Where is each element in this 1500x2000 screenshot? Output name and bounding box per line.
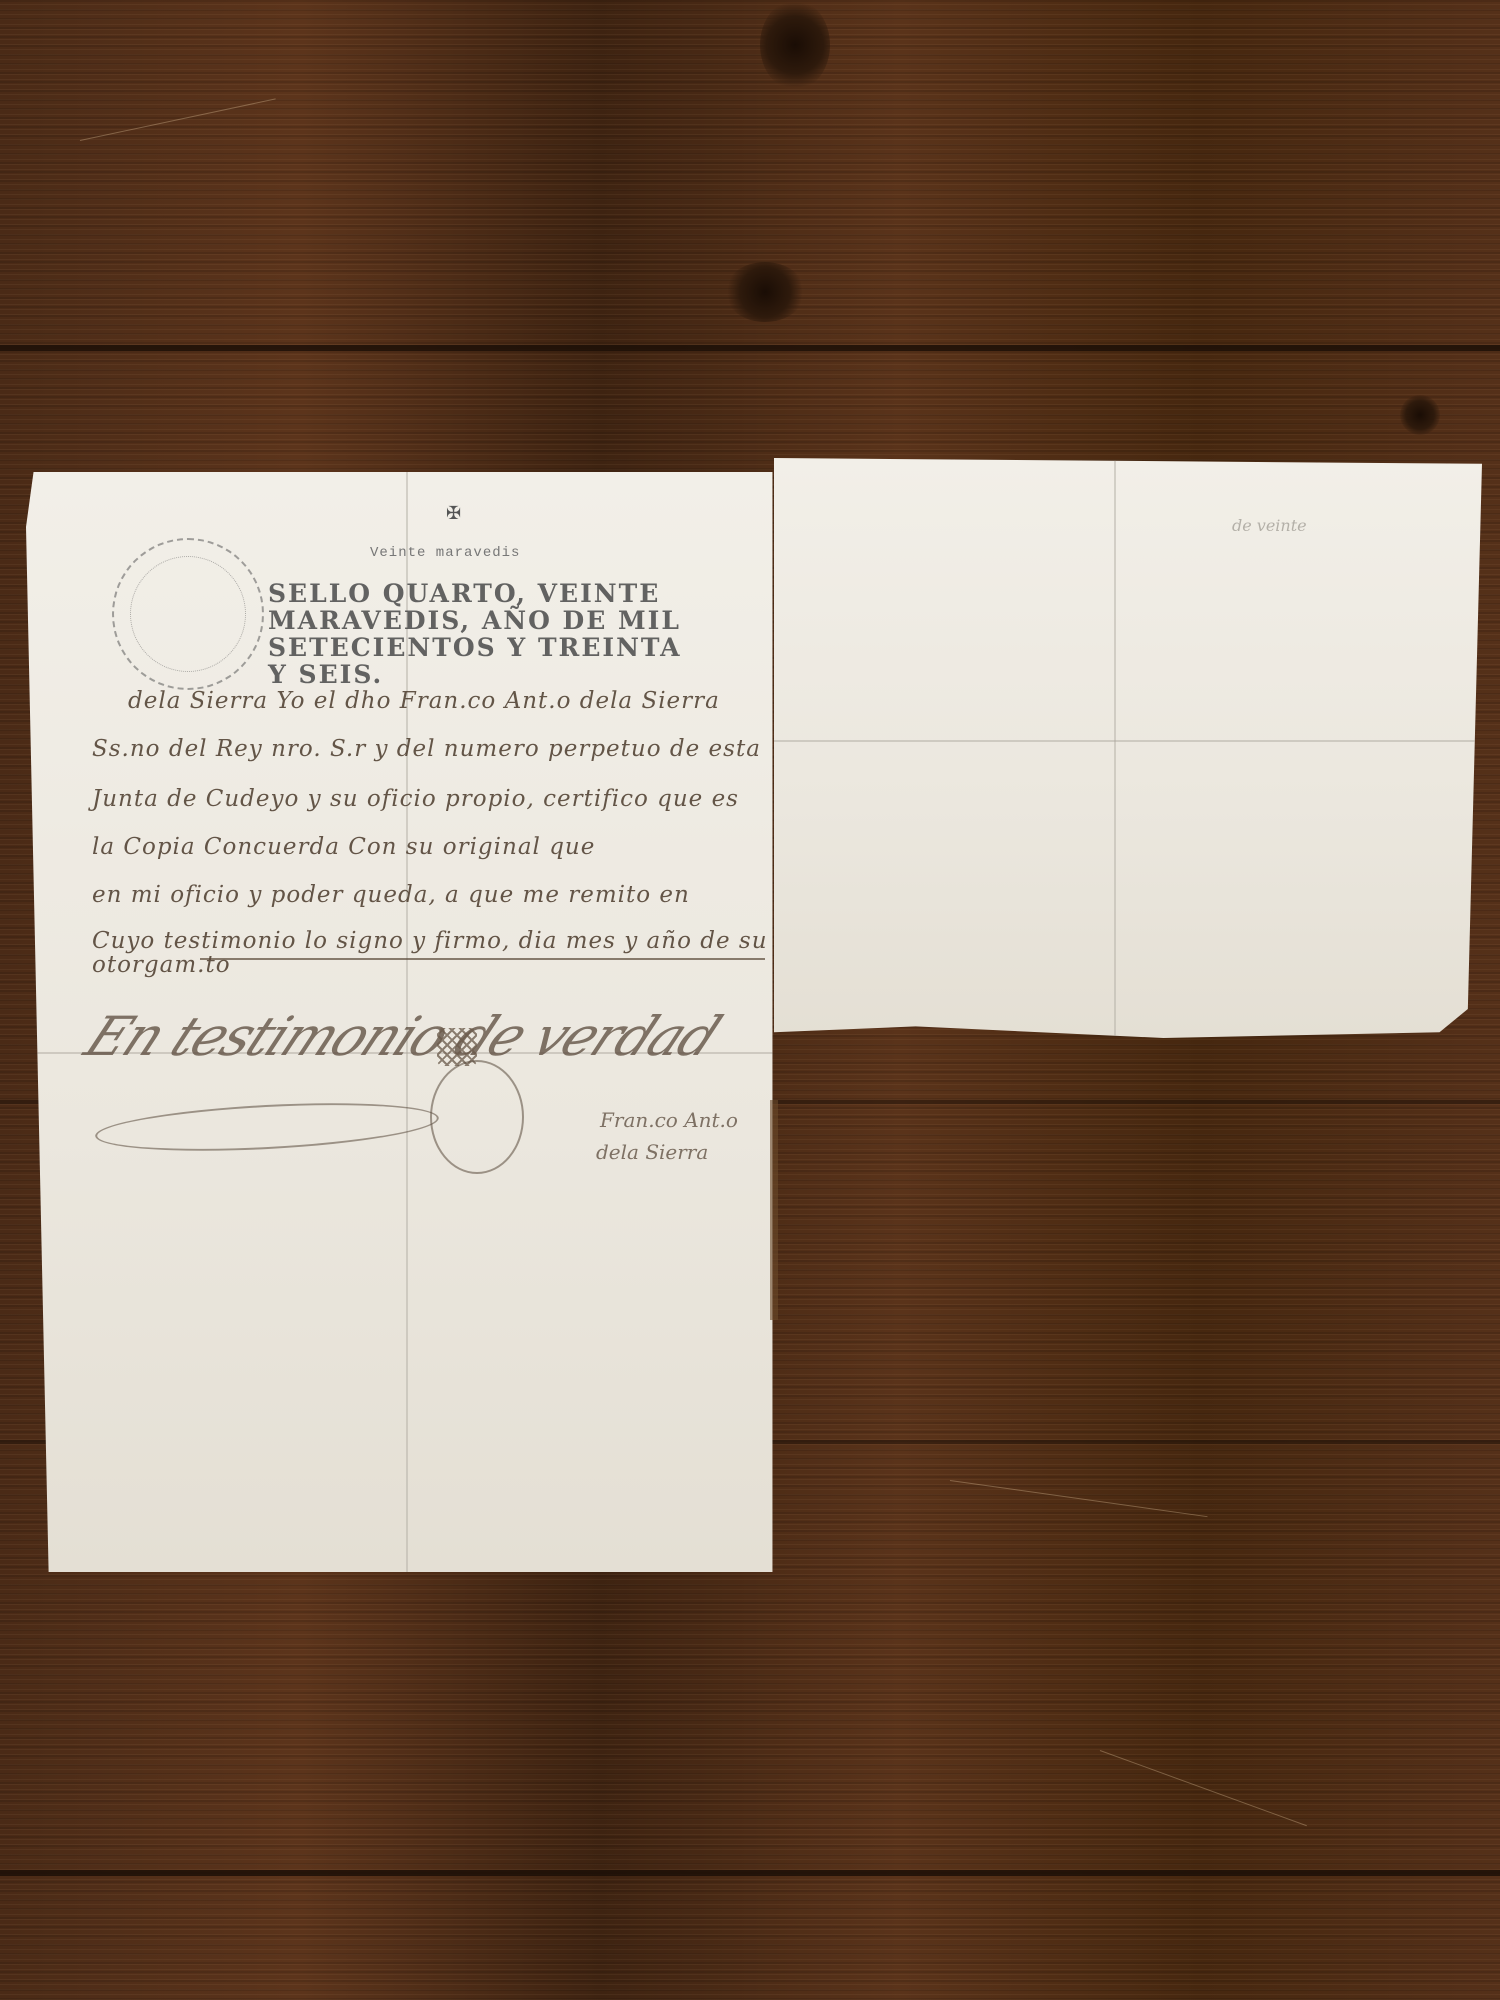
cross-icon: ✠	[446, 503, 461, 524]
stamp-line: SETECIENTOS Y TREINTA	[268, 634, 682, 661]
handwritten-line: otorgam.to	[92, 952, 231, 978]
signature-rule	[200, 958, 765, 960]
stamp-line: SELLO QUARTO, VEINTE	[268, 580, 682, 607]
binding-thread	[770, 1100, 778, 1320]
wood-scratch	[80, 98, 276, 141]
handwritten-line: en mi oficio y poder queda, a que me rem…	[92, 882, 690, 908]
wood-knot	[725, 262, 805, 322]
royal-seal-icon	[112, 538, 264, 690]
document-back-page	[774, 458, 1482, 1038]
wood-knot	[1400, 395, 1440, 435]
plank-seam	[0, 345, 1500, 351]
back-page-mark: de veinte	[1232, 516, 1307, 535]
handwritten-line: Junta de Cudeyo y su oficio propio, cert…	[92, 786, 739, 812]
fold-line	[1114, 458, 1116, 1038]
stamp-text: SELLO QUARTO, VEINTE MARAVEDIS, AÑO DE M…	[268, 580, 682, 688]
stamp-line: Y SEIS.	[268, 661, 682, 688]
wood-scratch	[1100, 1750, 1307, 1826]
handwritten-line: la Copia Concuerda Con su original que	[92, 834, 595, 860]
handwritten-line: dela Sierra Yo el dho Fran.co Ant.o dela…	[128, 688, 720, 714]
plank-seam	[0, 1870, 1500, 1876]
flourish	[430, 1060, 524, 1174]
signature-name: dela Sierra	[596, 1140, 708, 1164]
wood-knot	[760, 0, 830, 90]
signature-name: Fran.co Ant.o	[600, 1108, 738, 1132]
handwritten-line: Ss.no del Rey nro. S.r y del numero perp…	[92, 736, 761, 762]
wood-scratch	[950, 1480, 1208, 1517]
notary-signature: En testimonio de verdad	[75, 1005, 729, 1068]
handwritten-line: Cuyo testimonio lo signo y firmo, dia me…	[92, 928, 768, 954]
small-print: Veinte maravedis	[370, 545, 520, 561]
stamp-line: MARAVEDIS, AÑO DE MIL	[268, 607, 682, 634]
fold-line	[774, 740, 1482, 742]
